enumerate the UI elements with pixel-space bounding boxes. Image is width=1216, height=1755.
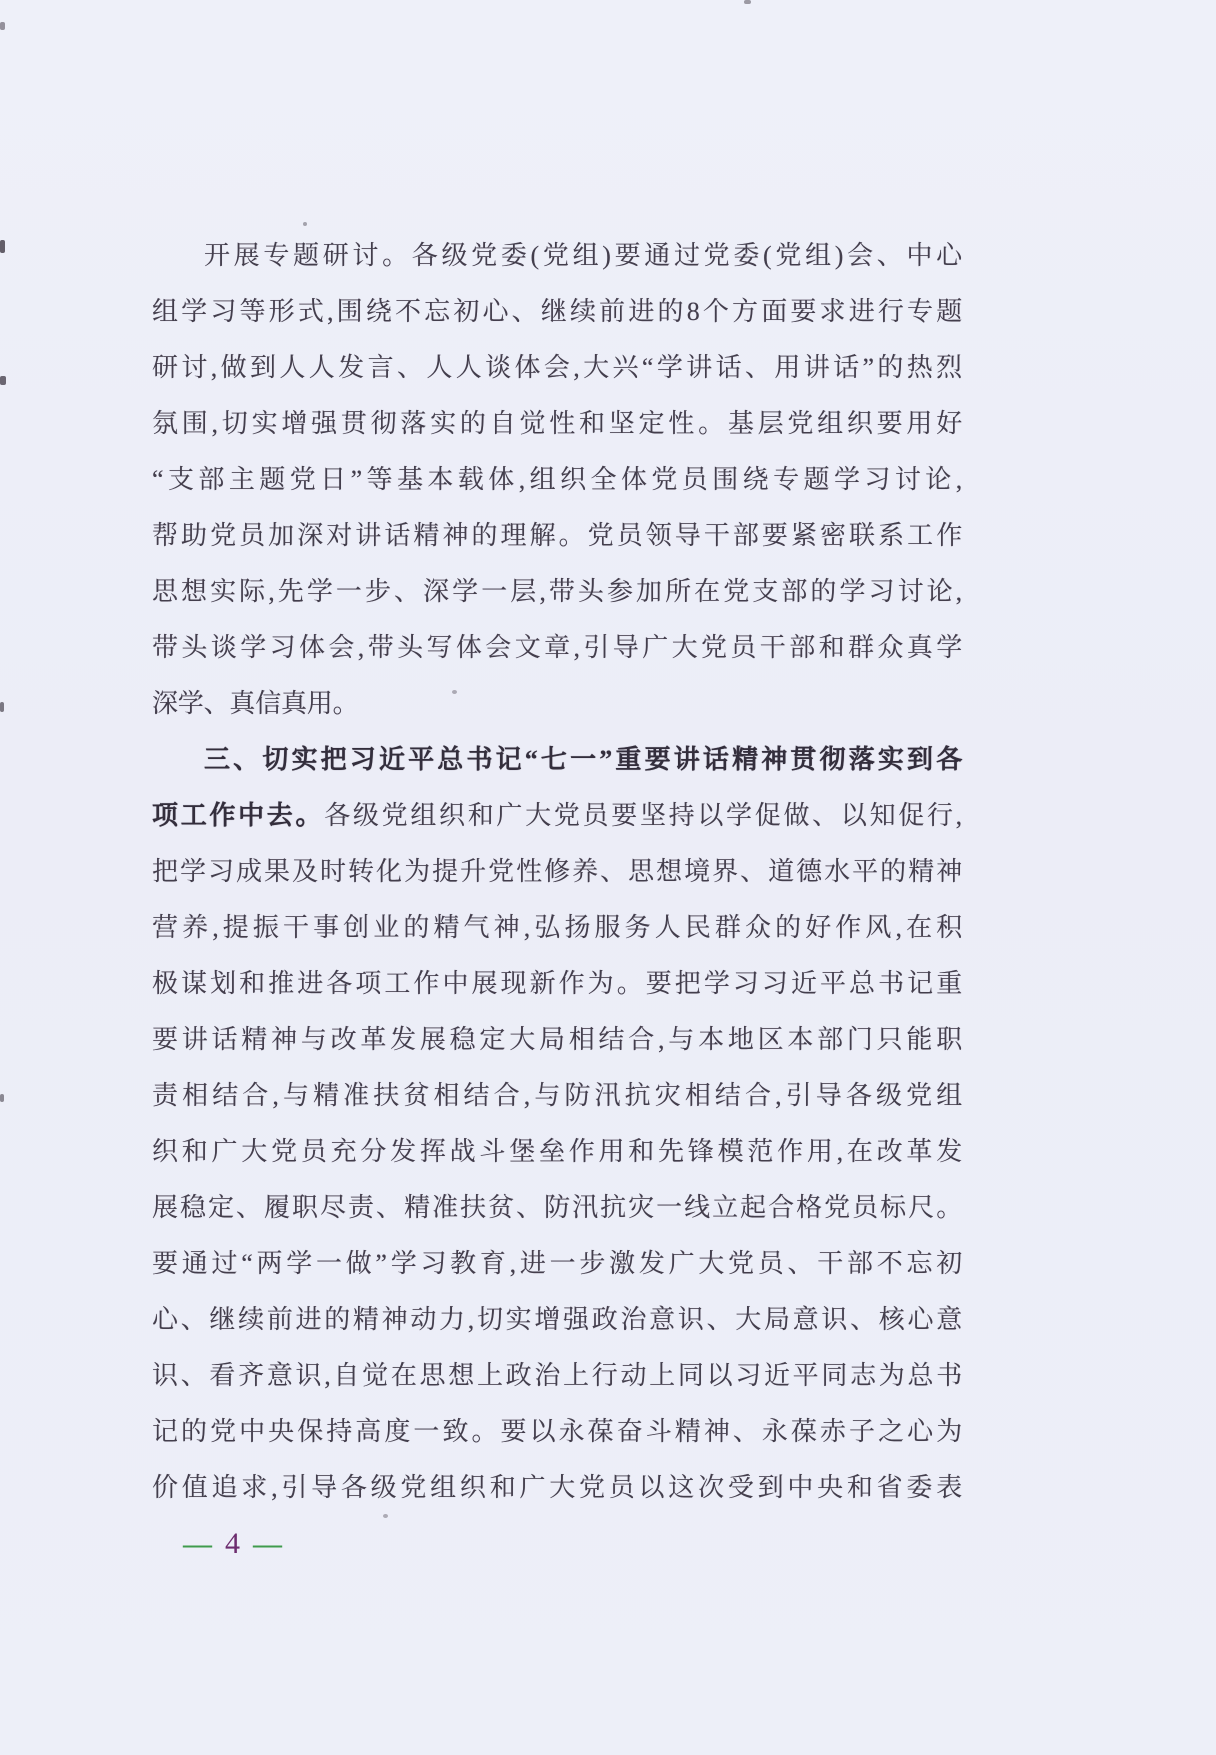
text-line: 项工作中去。各级党组织和广大党员要坚持以学促做、以知促行, xyxy=(152,788,962,844)
text-segment: 各级党组织和广大党员要坚持以学促做、以知促行, xyxy=(324,801,962,830)
scan-artifact xyxy=(0,702,4,712)
text-line: 记的党中央保持高度一致。要以永葆奋斗精神、永葆赤子之心为 xyxy=(152,1404,962,1460)
text-line: 识、看齐意识,自觉在思想上政治上行动上同以习近平同志为总书 xyxy=(152,1348,962,1404)
text-line: 要讲话精神与改革发展稳定大局相结合,与本地区本部门只能职 xyxy=(152,1012,962,1068)
text-line: 深学、真信真用。 xyxy=(152,676,962,732)
section-heading-line: 三、切实把习近平总书记“七一”重要讲话精神贯彻落实到各 xyxy=(152,732,962,788)
text-line: “支部主题党日”等基本载体,组织全体党员围绕专题学习讨论, xyxy=(152,452,962,508)
page-number-dash-right: — xyxy=(253,1524,282,1564)
text-line: 带头谈学习体会,带头写体会文章,引导广大党员干部和群众真学 xyxy=(152,620,962,676)
text-line: 氛围,切实增强贯彻落实的自觉性和坚定性。基层党组织要用好 xyxy=(152,396,962,452)
document-text-block: 开展专题研讨。各级党委(党组)要通过党委(党组)会、中心 组学习等形式,围绕不忘… xyxy=(152,228,962,1516)
text-line: 价值追求,引导各级党组织和广大党员以这次受到中央和省委表 xyxy=(152,1460,962,1516)
text-line: 组学习等形式,围绕不忘初心、继续前进的8个方面要求进行专题 xyxy=(152,284,962,340)
text-line: 极谋划和推进各项工作中展现新作为。要把学习习近平总书记重 xyxy=(152,956,962,1012)
text-line: 展稳定、履职尽责、精准扶贫、防汛抗灾一线立起合格党员标尺。 xyxy=(152,1180,962,1236)
text-line: 思想实际,先学一步、深学一层,带头参加所在党支部的学习讨论, xyxy=(152,564,962,620)
text-line: 责相结合,与精准扶贫相结合,与防汛抗灾相结合,引导各级党组 xyxy=(152,1068,962,1124)
scan-artifact xyxy=(0,1094,4,1102)
text-line: 把学习成果及时转化为提升党性修养、思想境界、道德水平的精神 xyxy=(152,844,962,900)
scan-artifact xyxy=(383,1514,388,1518)
page-number-dash-left: — xyxy=(183,1524,212,1564)
scan-artifact xyxy=(0,22,5,30)
text-line: 研讨,做到人人发言、人人谈体会,大兴“学讲话、用讲话”的热烈 xyxy=(152,340,962,396)
text-line: 帮助党员加深对讲话精神的理解。党员领导干部要紧密联系工作 xyxy=(152,508,962,564)
scan-artifact xyxy=(452,690,457,694)
text-line: 开展专题研讨。各级党委(党组)要通过党委(党组)会、中心 xyxy=(152,228,962,284)
document-page: 开展专题研讨。各级党委(党组)要通过党委(党组)会、中心 组学习等形式,围绕不忘… xyxy=(0,0,1216,1755)
scan-artifact xyxy=(0,240,5,253)
page-number-value: 4 xyxy=(225,1524,240,1564)
section-heading-continuation: 项工作中去。 xyxy=(152,801,324,830)
text-line: 心、继续前进的精神动力,切实增强政治意识、大局意识、核心意 xyxy=(152,1292,962,1348)
scan-artifact xyxy=(744,0,751,4)
page-number: — 4 — xyxy=(183,1524,282,1564)
scan-artifact xyxy=(303,222,307,226)
text-line: 营养,提振干事创业的精气神,弘扬服务人民群众的好作风,在积 xyxy=(152,900,962,956)
text-line: 织和广大党员充分发挥战斗堡垒作用和先锋模范作用,在改革发 xyxy=(152,1124,962,1180)
text-line: 要通过“两学一做”学习教育,进一步激发广大党员、干部不忘初 xyxy=(152,1236,962,1292)
scan-artifact xyxy=(0,376,6,385)
